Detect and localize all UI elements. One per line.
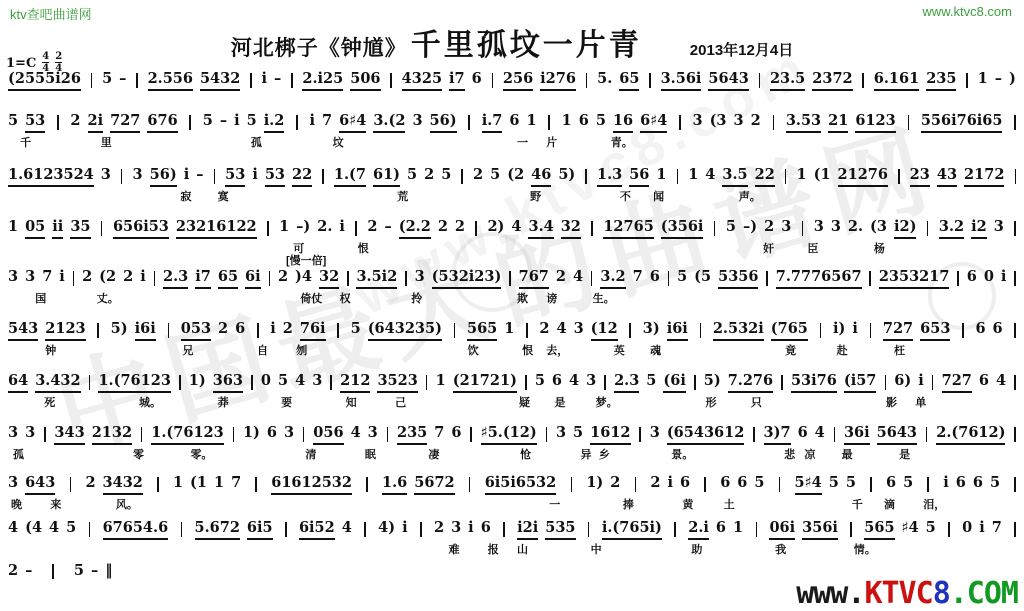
note-group: 0	[984, 268, 994, 286]
note-group: 1	[978, 70, 988, 88]
footer-logo: www.KTVC8.COM	[796, 576, 1018, 611]
note-group: i	[668, 474, 674, 492]
lyric: 兄	[182, 342, 193, 358]
barline	[1015, 169, 1017, 184]
lyric: 报	[488, 541, 499, 557]
lyric: 要	[281, 394, 292, 410]
note-group: 3	[692, 112, 702, 130]
note-group: 2132	[92, 424, 132, 445]
lyric: 权	[340, 290, 351, 306]
barline	[296, 115, 298, 130]
note-group: i2)	[894, 218, 916, 239]
note-group: 5	[754, 474, 764, 492]
measure: 727653	[883, 320, 951, 341]
measure: 5.65	[597, 70, 639, 91]
lyric: 助	[691, 541, 702, 557]
note-group: 1	[173, 474, 183, 492]
note-group: –	[995, 70, 1002, 88]
notes-line: 54321235)i6i05326i276i5(643235)5651243(1…	[8, 320, 1016, 341]
barline	[526, 323, 528, 338]
measure: 7.7776567	[776, 268, 862, 289]
measure: 656i5323216122	[113, 218, 257, 239]
barline	[154, 271, 156, 286]
barline	[966, 73, 968, 88]
note-group: 61612532	[271, 474, 352, 495]
note-group: 1	[436, 372, 446, 390]
note-group: i	[234, 112, 240, 130]
note-group: 3	[8, 424, 18, 442]
note-group: i276	[540, 70, 576, 91]
note-group: 5	[278, 372, 288, 390]
lyric: 影	[886, 394, 897, 410]
note-group: 5	[490, 166, 500, 184]
note-group: 56	[629, 166, 649, 187]
note-group: i.(765i)	[602, 519, 662, 540]
note-group: 3	[734, 112, 744, 130]
measure: 25(2465)	[473, 166, 575, 187]
note-group: (12	[591, 320, 618, 341]
measure: 1.(76123	[151, 424, 223, 445]
lyric: 寂	[180, 188, 191, 204]
measure: 05326	[181, 320, 245, 341]
score-system-6: 54321235)i6i05326i276i5(643235)5651243(1…	[8, 320, 1016, 364]
note-group: 5)	[558, 166, 575, 184]
lyric: 晚	[11, 496, 22, 512]
note-group: 1	[796, 166, 806, 184]
barline	[509, 271, 511, 286]
measure: 337i	[8, 268, 65, 286]
note-group: 36i	[844, 424, 870, 445]
note-group: 2	[70, 112, 80, 130]
measure: 105ii35	[8, 218, 91, 239]
note-group: 535	[545, 519, 575, 540]
measure: 22i727676	[70, 112, 177, 133]
measure: 2)43.432	[487, 218, 580, 239]
barline	[366, 477, 368, 492]
note-group: 4	[705, 166, 715, 184]
measure: 3)i6i	[643, 320, 688, 341]
lyrics-line: 晚来风。一捧黄土千滴泪，	[8, 496, 1016, 512]
note-group: 1	[8, 218, 18, 236]
note-group: 7.7776567	[776, 268, 862, 289]
measure: 76724	[519, 268, 583, 289]
note-group: 5	[203, 112, 213, 130]
measure: 5)7.276	[704, 372, 773, 393]
note-group: 6i5i6532	[485, 474, 557, 495]
note-group: 2.	[317, 218, 332, 236]
page-title: 千里孤坟一片青	[411, 20, 642, 64]
measure: 2.35(6i	[614, 372, 686, 393]
note-group: 23216122	[176, 218, 257, 239]
barline	[405, 271, 407, 286]
note-group: 2	[218, 320, 228, 338]
note-group: (643235)	[368, 320, 442, 341]
measure: 1(21721)	[436, 372, 517, 393]
note-group: 53	[225, 166, 245, 187]
note-group: 543	[8, 320, 38, 341]
note-group: 3.2	[939, 218, 964, 239]
note-group: 53i76	[791, 372, 837, 393]
lyric: 谤	[546, 290, 557, 306]
score-system-8: 3334321321.(761231)630564323576♯5.(12)35…	[8, 424, 1016, 468]
note-group: (1	[814, 166, 831, 184]
note-group: 1)	[243, 424, 260, 442]
note-group: 2	[283, 320, 293, 338]
lyric: 千	[852, 496, 863, 512]
logo-com: .COM	[950, 576, 1018, 611]
measure: 72764	[942, 372, 1006, 393]
measure: i)i	[833, 320, 858, 338]
lyric: 黄	[682, 496, 693, 512]
note-group: 3	[831, 218, 841, 236]
measure: 5–i5i.2	[203, 112, 285, 133]
note-group: 3	[25, 424, 35, 442]
note-group: 3	[368, 424, 378, 442]
note-group: 3	[8, 268, 18, 286]
note-group: 2172	[964, 166, 1004, 187]
barline	[962, 323, 964, 338]
note-group: 3	[574, 320, 584, 338]
note-group: 32	[561, 218, 581, 239]
barline	[591, 221, 593, 236]
note-group: i	[310, 112, 316, 130]
note-group: 23	[910, 166, 930, 187]
notes-line: 1.61235243356)i–53i53221.(761)52525(2465…	[8, 166, 1016, 187]
lyric: 梦。	[596, 394, 618, 410]
note-group: 6	[956, 474, 966, 492]
measure: 5432123	[8, 320, 86, 341]
note-group: 21276	[838, 166, 888, 187]
note-group: 6♯4	[339, 112, 366, 133]
note-group: ♯5.(12)	[481, 424, 537, 445]
measure: 565♯45	[864, 519, 935, 540]
lyrics-line: 钟兄自刎饮恨去，英魂竟赴枉	[8, 342, 1016, 358]
barline	[52, 564, 54, 579]
note-group: 2.i	[688, 519, 709, 540]
note-group: 506	[350, 70, 380, 91]
note-group: 363	[213, 372, 243, 393]
note-group: i.2	[264, 112, 285, 133]
note-group: –	[196, 166, 203, 184]
note-group: 2	[473, 166, 483, 184]
note-group: 2	[751, 112, 761, 130]
lyric: 刎	[296, 342, 307, 358]
barline	[635, 477, 637, 492]
note-group: 1	[214, 474, 224, 492]
note-group: 2.556	[148, 70, 193, 91]
lyric: 城。	[139, 394, 161, 410]
measure: 0543	[261, 372, 322, 390]
note-group: 6	[720, 474, 730, 492]
note-group: 61)	[373, 166, 400, 187]
note-group: 5	[903, 474, 913, 492]
measure: 6i524	[299, 519, 352, 540]
measure: 67654.6	[103, 519, 169, 540]
measure: 3.276	[600, 268, 659, 289]
note-group: (765	[771, 320, 808, 341]
barline	[927, 477, 929, 492]
note-group: –	[119, 70, 126, 88]
measure: 2123523	[340, 372, 418, 393]
note-group: 5	[573, 424, 583, 442]
barline	[898, 169, 900, 184]
note-group: 2.532i	[713, 320, 764, 341]
note-group: 16	[613, 112, 633, 133]
measure: 53i5322	[225, 166, 312, 187]
measure: 5643	[535, 372, 596, 390]
note-group: 6	[451, 424, 461, 442]
measure: 2.5565432	[148, 70, 241, 91]
barline	[1014, 271, 1016, 286]
meter-2: 2 4	[55, 52, 62, 74]
note-group: i)	[833, 320, 845, 338]
note-group: 1)	[586, 474, 603, 492]
lyric: 饮	[468, 342, 479, 358]
lyric: 莽	[218, 394, 229, 410]
note-group: 2372	[812, 70, 852, 91]
lyric: 奸	[763, 240, 774, 256]
measure: 6.161235	[874, 70, 957, 91]
lyric: 疑	[519, 394, 530, 410]
note-group: 4	[556, 320, 566, 338]
lyric: 土	[724, 496, 735, 512]
lyric: 国	[35, 290, 46, 306]
note-group: –	[220, 112, 227, 130]
note-group: (2	[99, 268, 116, 286]
note-group: 1	[656, 166, 666, 184]
note-group: 1.(76123	[151, 424, 223, 445]
measure: 3.2i23	[939, 218, 1004, 239]
notes-line: 3643234321(117616125321.656726i5i65321)2…	[8, 474, 1016, 495]
note-group: 1612	[590, 424, 630, 445]
note-group: 21	[828, 112, 848, 133]
measure: 1)63	[243, 424, 294, 442]
measure: 66	[975, 320, 1002, 338]
note-group: (532i23)	[432, 268, 502, 289]
notes-line: 3334321321.(761231)630564323576♯5.(12)35…	[8, 424, 1016, 445]
note-group: 3)7	[764, 424, 791, 445]
measure: 3.53216123	[786, 112, 896, 133]
note-group: 1.(7	[334, 166, 366, 187]
notes-line: 105ii35656i53232161221–)2.i2–(2.2222)43.…	[8, 218, 1016, 239]
barline	[89, 375, 91, 390]
measure: 23432	[85, 474, 142, 495]
measure: 2.i25506	[302, 70, 380, 91]
note-group: 3	[586, 372, 596, 390]
measure: 5–‖	[74, 562, 113, 580]
note-group: 12765	[603, 218, 653, 239]
lyric: 中	[591, 541, 602, 557]
score-date: 2013年12月4日	[690, 39, 793, 60]
barline	[588, 522, 590, 537]
lyric: 异	[581, 446, 592, 462]
note-group: 5.	[597, 70, 612, 88]
measure: 351612	[556, 424, 631, 445]
barline	[390, 73, 392, 88]
barline	[586, 73, 588, 88]
note-group: (2.2	[399, 218, 431, 239]
lyric: 青。	[611, 134, 633, 150]
note-group: 1)	[189, 372, 206, 390]
note-group: 6	[973, 474, 983, 492]
lyric: 英	[614, 342, 625, 358]
note-group: 5	[596, 112, 606, 130]
logo-ktvc: KTVC	[864, 576, 932, 611]
notes-line: 2–5–‖	[8, 562, 198, 580]
note-group: –	[274, 70, 281, 88]
note-group: –)	[296, 218, 310, 236]
barline	[355, 221, 357, 236]
barline	[820, 323, 822, 338]
score-system-4: 105ii35656i53232161221–)2.i2–(2.2222)43.…	[8, 218, 1016, 262]
lyric: 恨	[358, 240, 369, 256]
notes-line: 337i2(22i2.3i7656i2)4323.5i23(532i23)767…	[8, 268, 1016, 289]
barline	[91, 73, 93, 88]
barline	[1014, 375, 1016, 390]
measure: 5)i6i	[111, 320, 156, 341]
measure: 2i6	[650, 474, 690, 492]
score-system-11: 2–5–‖	[8, 562, 198, 606]
note-group: 2	[85, 474, 95, 492]
note-group: 1.3	[597, 166, 622, 187]
note-group: 1	[504, 320, 514, 338]
barline	[233, 427, 235, 442]
note-group: 212	[340, 372, 370, 393]
note-group: 1	[688, 166, 698, 184]
lyric: 自	[257, 342, 268, 358]
lyric: 是	[554, 394, 565, 410]
measure: 3(332	[692, 112, 760, 130]
note-group: 5643	[877, 424, 917, 445]
note-group: 2	[424, 166, 434, 184]
measure: 1(121276	[796, 166, 888, 187]
measure: 5(55356	[677, 268, 758, 289]
lyric: 荒	[397, 188, 408, 204]
lyric: 一	[517, 134, 528, 150]
lyric: 丈。	[97, 290, 119, 306]
note-group: 2	[434, 519, 444, 537]
barline	[73, 271, 75, 286]
lyric: 枉	[894, 342, 905, 358]
barline	[257, 323, 259, 338]
note-group: 6	[472, 70, 482, 88]
logo-8: 8	[933, 576, 950, 611]
lyrics-line: 寂寞荒野不闻声。	[8, 188, 1016, 204]
note-group: 5672	[414, 474, 454, 495]
barline	[629, 323, 631, 338]
barline	[1014, 522, 1016, 537]
note-group: 6	[993, 320, 1003, 338]
note-group: 53	[265, 166, 285, 187]
note-group: 7	[231, 474, 241, 492]
score-system-2: 55322i7276765–i5i.2i76♯43.(2356)i.761165…	[8, 112, 1016, 156]
lyric: 声。	[739, 188, 761, 204]
note-group: 4	[573, 268, 583, 286]
measure: 12765(356i	[603, 218, 703, 239]
note-group: 2.3	[614, 372, 639, 393]
measure: 1)2	[586, 474, 620, 492]
barline	[44, 427, 46, 442]
lyric: 悲	[784, 446, 795, 462]
barline	[604, 375, 606, 390]
barline	[251, 375, 253, 390]
measure: 243(12	[539, 320, 617, 341]
note-group: 6	[680, 474, 690, 492]
measure: 61612532	[271, 474, 352, 495]
notes-line: 643.4321.(761231)363054321235231(21721)5…	[8, 372, 1016, 393]
title-prefix: 河北梆子《钟馗》	[231, 32, 407, 62]
tempo-marker: [慢一倍]	[286, 252, 326, 268]
lyric: 孤	[251, 134, 262, 150]
note-group: 5	[441, 166, 451, 184]
note-group: i	[261, 70, 267, 88]
measure: 356)i–	[133, 166, 204, 187]
barline	[773, 115, 775, 130]
measure: ♯5.(12)	[481, 424, 537, 445]
note-group: 67654.6	[103, 519, 169, 540]
site-link-right[interactable]: www.ktvc8.com	[922, 4, 1012, 19]
note-group: 3.432	[35, 372, 80, 393]
measure: 23.52372	[770, 70, 853, 91]
barline	[1014, 323, 1016, 338]
sheet-music-page: { "page": { "site_link_left": "ktv查吧曲谱网"…	[0, 0, 1024, 611]
note-group: 3	[451, 519, 461, 537]
note-group: –	[91, 562, 98, 580]
measure: 3(6543612	[650, 424, 745, 445]
note-group: 1	[526, 112, 536, 130]
measure: 1–)	[978, 70, 1016, 88]
lyric: 赴	[837, 342, 848, 358]
barline	[957, 271, 959, 286]
barline	[303, 427, 305, 442]
barline	[694, 375, 696, 390]
note-group: 2	[123, 268, 133, 286]
lyric: 景。	[671, 446, 693, 462]
barline	[1014, 221, 1016, 236]
barline	[454, 323, 456, 338]
barline	[525, 375, 527, 390]
barline	[492, 73, 494, 88]
measure: i2i535	[517, 519, 575, 540]
note-group: 6123	[855, 112, 895, 133]
barline	[802, 221, 804, 236]
lyric: 己	[395, 394, 406, 410]
key-signature: 1=C 4 4 2 4	[6, 52, 62, 74]
measure: i–	[261, 70, 281, 88]
lyric: 零	[133, 446, 144, 462]
lyric: 乡	[599, 446, 610, 462]
measure: 2.(7612)	[936, 424, 1005, 445]
note-group: 65	[619, 70, 639, 91]
barline	[285, 522, 287, 537]
barline	[347, 271, 349, 286]
note-group: 6)	[894, 372, 911, 390]
title-bar: 河北梆子《钟馗》 千里孤坟一片青 2013年12月4日	[0, 20, 1024, 64]
measure: i.761	[482, 112, 537, 133]
note-group: 2	[82, 268, 92, 286]
measure: 643.432	[8, 372, 81, 393]
note-group: 3	[101, 166, 111, 184]
lyric: 泪，	[923, 496, 945, 512]
barline	[57, 115, 59, 130]
notes-line: 4(44567654.65.6726i56i5244)i23i6i2i535i.…	[8, 519, 1016, 540]
barline	[97, 323, 99, 338]
measure: 6i5i6532	[485, 474, 557, 495]
note-group: 6.161	[874, 70, 919, 91]
lyrics-line: 国丈。倚仗权拎欺谤生。	[8, 290, 1016, 306]
note-group: 5	[646, 372, 656, 390]
lyric: 风。	[116, 496, 138, 512]
